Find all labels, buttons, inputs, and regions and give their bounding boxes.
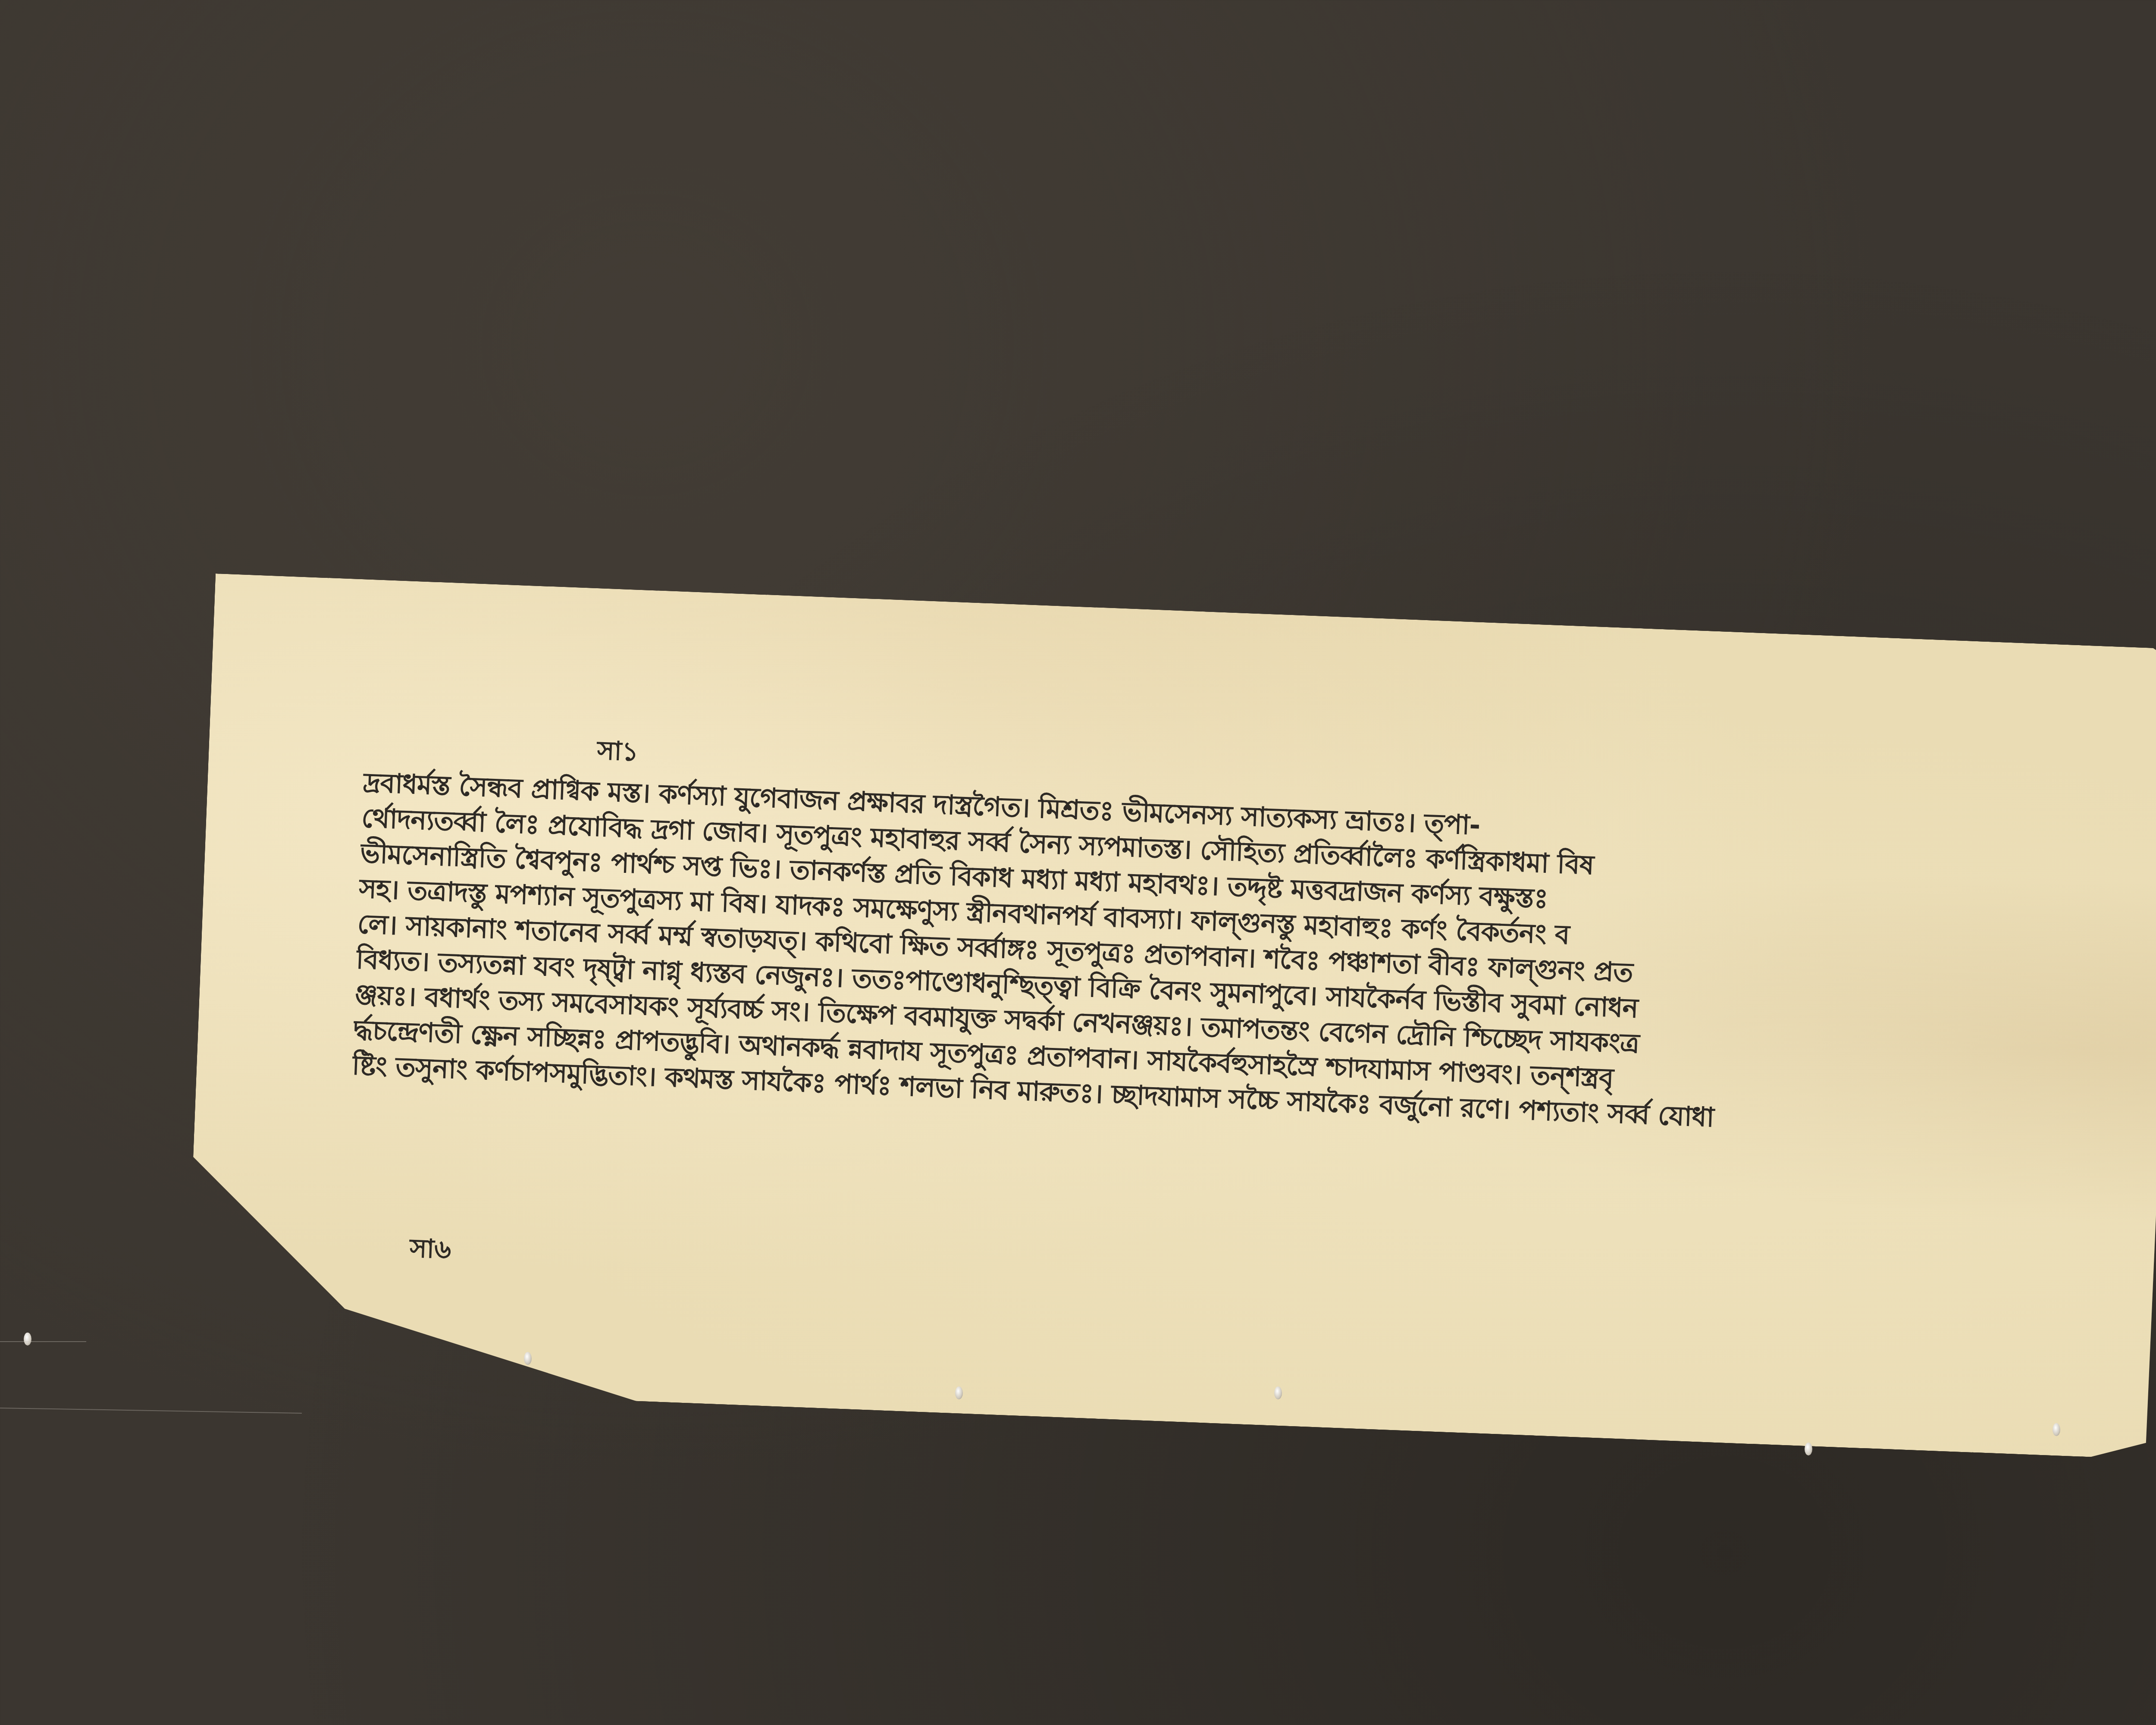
manuscript-text: দ্রবাধর্মস্ত সৈন্ধব প্রাগ্বিক মস্ত। কর্ণ… — [351, 765, 1980, 1145]
mounting-pin — [24, 1333, 31, 1345]
board-scratch-line — [0, 1408, 302, 1414]
folded-corner — [188, 1155, 305, 1302]
mounting-pin — [1805, 1443, 1812, 1455]
mounting-pin — [2053, 1423, 2060, 1436]
margin-note-top: সা১ — [596, 731, 639, 775]
mounting-pin — [1274, 1386, 1282, 1399]
mounting-pin — [955, 1386, 963, 1399]
board-scratch-line — [0, 1341, 86, 1342]
mounting-pin — [524, 1352, 532, 1365]
manuscript-leaf: সা১ দ্রবাধর্মস্ত সৈন্ধব প্রাগ্বিক মস্ত। … — [185, 574, 2156, 1459]
margin-note-bottom: সা৬ — [409, 1228, 452, 1273]
